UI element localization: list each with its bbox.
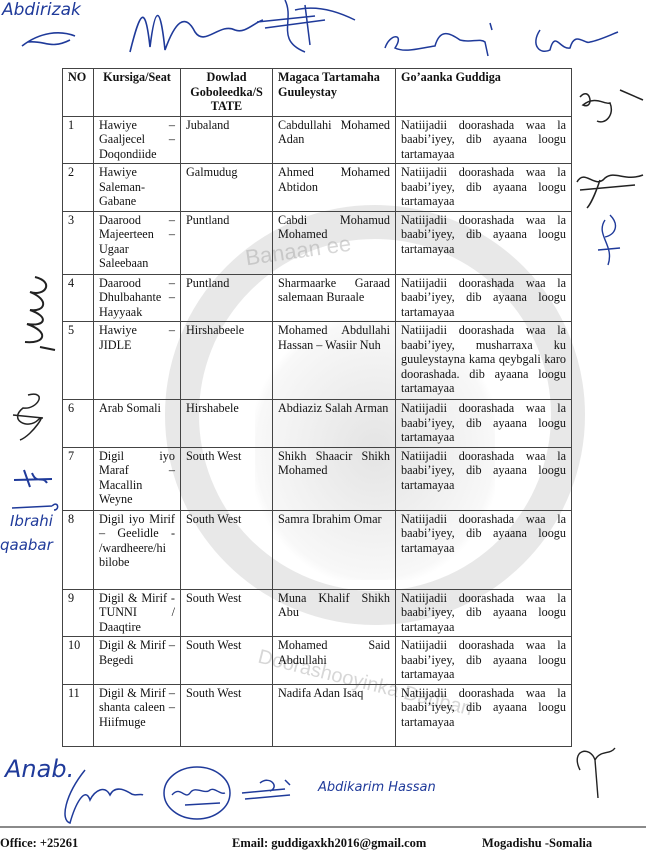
footer-location: Mogadishu -Somalia xyxy=(482,836,592,851)
cell-state: South West xyxy=(181,447,273,510)
header-winner: Magaca Tartamaha Guuleystay xyxy=(273,69,396,117)
cell-no: 3 xyxy=(63,211,94,274)
cell-winner: Cabdi Mohamud Mohamed xyxy=(273,211,396,274)
cell-seat: Digil iyo Mirif – Geelidle - /wardheere/… xyxy=(94,510,181,589)
cell-winner: Samra Ibrahim Omar xyxy=(273,510,396,589)
table-row: 9Digil & Mirif - TUNNI / DaaqtireSouth W… xyxy=(63,589,572,637)
cell-decision: Natiijadii doorashada waa la baabi’iyey,… xyxy=(396,164,572,212)
signature-bottom-1 xyxy=(55,765,145,825)
cell-seat: Daarood – Dhulbahante – Hayyaak xyxy=(94,274,181,322)
cell-state: South West xyxy=(181,684,273,746)
signature-left-1 xyxy=(15,272,60,352)
table-row: 10Digil & Mirif – BegediSouth WestMohame… xyxy=(63,637,572,685)
cell-winner: Shikh Shaacir Shikh Mohamed xyxy=(273,447,396,510)
cell-winner: Nadifa Adan Isaq xyxy=(273,684,396,746)
cell-winner: Cabdullahi Mohamed Adan xyxy=(273,116,396,164)
table-row: 2Hawiye Saleman-GabaneGalmudugAhmed Moha… xyxy=(63,164,572,212)
cell-decision: Natiijadii doorashada waa la baabi’iyey,… xyxy=(396,684,572,746)
header-no: NO xyxy=(63,69,94,117)
cell-no: 5 xyxy=(63,322,94,400)
cell-no: 9 xyxy=(63,589,94,637)
cell-decision: Natiijadii doorashada waa la baabi’iyey,… xyxy=(396,211,572,274)
cell-decision: Natiijadii doorashada waa la baabi’iyey,… xyxy=(396,447,572,510)
cell-no: 7 xyxy=(63,447,94,510)
table-row: 8Digil iyo Mirif – Geelidle - /wardheere… xyxy=(63,510,572,589)
cell-no: 6 xyxy=(63,400,94,448)
signature-top-2 xyxy=(125,2,265,57)
cell-winner: Sharmaarke Garaad salemaan Buraale xyxy=(273,274,396,322)
signature-right-3 xyxy=(590,215,630,275)
signature-top-left-name: Abdirizak xyxy=(2,0,81,20)
cell-winner: Muna Khalif Shikh Abu xyxy=(273,589,396,637)
cell-state: South West xyxy=(181,510,273,589)
signature-left-name-2: qaabar xyxy=(0,536,53,554)
table-row: 11Digil & Mirif – shanta caleen – Hiifmu… xyxy=(63,684,572,746)
footer-office-phone: Office: +25261 xyxy=(0,836,78,851)
signature-top-5 xyxy=(530,20,620,60)
signature-bottom-right xyxy=(570,740,625,800)
cell-decision: Natiijadii doorashada waa la baabi’iyey,… xyxy=(396,400,572,448)
cell-state: Jubaland xyxy=(181,116,273,164)
cell-seat: Daarood – Majeerteen – Ugaar Saleebaan xyxy=(94,211,181,274)
signature-bottom-3 xyxy=(240,775,300,805)
table-row: 4Daarood – Dhulbahante – HayyaakPuntland… xyxy=(63,274,572,322)
cell-state: South West xyxy=(181,589,273,637)
cell-decision: Natiijadii doorashada waa la baabi’iyey,… xyxy=(396,510,572,589)
cell-decision: Natiijadii doorashada waa la baabi’iyey,… xyxy=(396,274,572,322)
cell-state: Galmudug xyxy=(181,164,273,212)
signature-top-3 xyxy=(255,0,375,55)
table-row: 3Daarood – Majeerteen – Ugaar SaleebaanP… xyxy=(63,211,572,274)
signature-right-2 xyxy=(575,160,645,210)
cell-decision: Natiijadii doorashada waa la baabi’iyey,… xyxy=(396,322,572,400)
table-row: 1Hawiye – Gaaljecel – DoqondiideJubaland… xyxy=(63,116,572,164)
cell-state: South West xyxy=(181,637,273,685)
cell-state: Hirshabeele xyxy=(181,322,273,400)
footer-email: Email: guddigaxkh2016@gmail.com xyxy=(232,836,426,851)
cell-seat: Digil & Mirif – Begedi xyxy=(94,637,181,685)
signature-top-4 xyxy=(380,18,500,58)
table-header-row: NO Kursiga/Seat Dowlad Goboleedka/S TATE… xyxy=(63,69,572,117)
cell-seat: Hawiye – JIDLE xyxy=(94,322,181,400)
cell-state: Puntland xyxy=(181,211,273,274)
signature-top-left-scribble xyxy=(20,22,80,52)
signature-left-4 xyxy=(10,498,60,513)
cell-state: Puntland xyxy=(181,274,273,322)
signature-left-2 xyxy=(8,390,53,445)
table-row: 6Arab SomaliHirshabeleAbdiaziz Salah Arm… xyxy=(63,400,572,448)
cell-no: 10 xyxy=(63,637,94,685)
table-row: 5Hawiye – JIDLEHirshabeeleMohamed Abdull… xyxy=(63,322,572,400)
cell-no: 2 xyxy=(63,164,94,212)
cell-decision: Natiijadii doorashada waa la baabi’iyey,… xyxy=(396,637,572,685)
election-results-table: NO Kursiga/Seat Dowlad Goboleedka/S TATE… xyxy=(62,68,572,747)
cell-seat: Digil & Mirif – shanta caleen – Hiifmuge xyxy=(94,684,181,746)
signature-left-name-1: Ibrahi xyxy=(10,512,53,530)
signature-bottom-name: Abdikarim Hassan xyxy=(318,780,436,795)
signature-bottom-2-circled xyxy=(160,765,235,825)
footer-divider xyxy=(0,826,646,828)
cell-decision: Natiijadii doorashada waa la baabi’iyey,… xyxy=(396,589,572,637)
signature-right-1 xyxy=(575,85,645,125)
cell-no: 11 xyxy=(63,684,94,746)
cell-seat: Digil & Mirif - TUNNI / Daaqtire xyxy=(94,589,181,637)
cell-decision: Natiijadii doorashada waa la baabi’iyey,… xyxy=(396,116,572,164)
header-seat: Kursiga/Seat xyxy=(94,69,181,117)
cell-no: 8 xyxy=(63,510,94,589)
header-state: Dowlad Goboleedka/S TATE xyxy=(181,69,273,117)
cell-seat: Digil iyo Maraf – Macallin Weyne xyxy=(94,447,181,510)
header-decision: Go’aanka Guddiga xyxy=(396,69,572,117)
cell-seat: Hawiye – Gaaljecel – Doqondiide xyxy=(94,116,181,164)
cell-seat: Arab Somali xyxy=(94,400,181,448)
cell-winner: Abdiaziz Salah Arman xyxy=(273,400,396,448)
cell-winner: Mohamed Said Abdullahi xyxy=(273,637,396,685)
table-row: 7Digil iyo Maraf – Macallin WeyneSouth W… xyxy=(63,447,572,510)
signature-left-3 xyxy=(12,465,57,490)
cell-no: 4 xyxy=(63,274,94,322)
cell-winner: Ahmed Mohamed Abtidon xyxy=(273,164,396,212)
cell-winner: Mohamed Abdullahi Hassan – Wasiir Nuh xyxy=(273,322,396,400)
cell-no: 1 xyxy=(63,116,94,164)
cell-state: Hirshabele xyxy=(181,400,273,448)
cell-seat: Hawiye Saleman-Gabane xyxy=(94,164,181,212)
